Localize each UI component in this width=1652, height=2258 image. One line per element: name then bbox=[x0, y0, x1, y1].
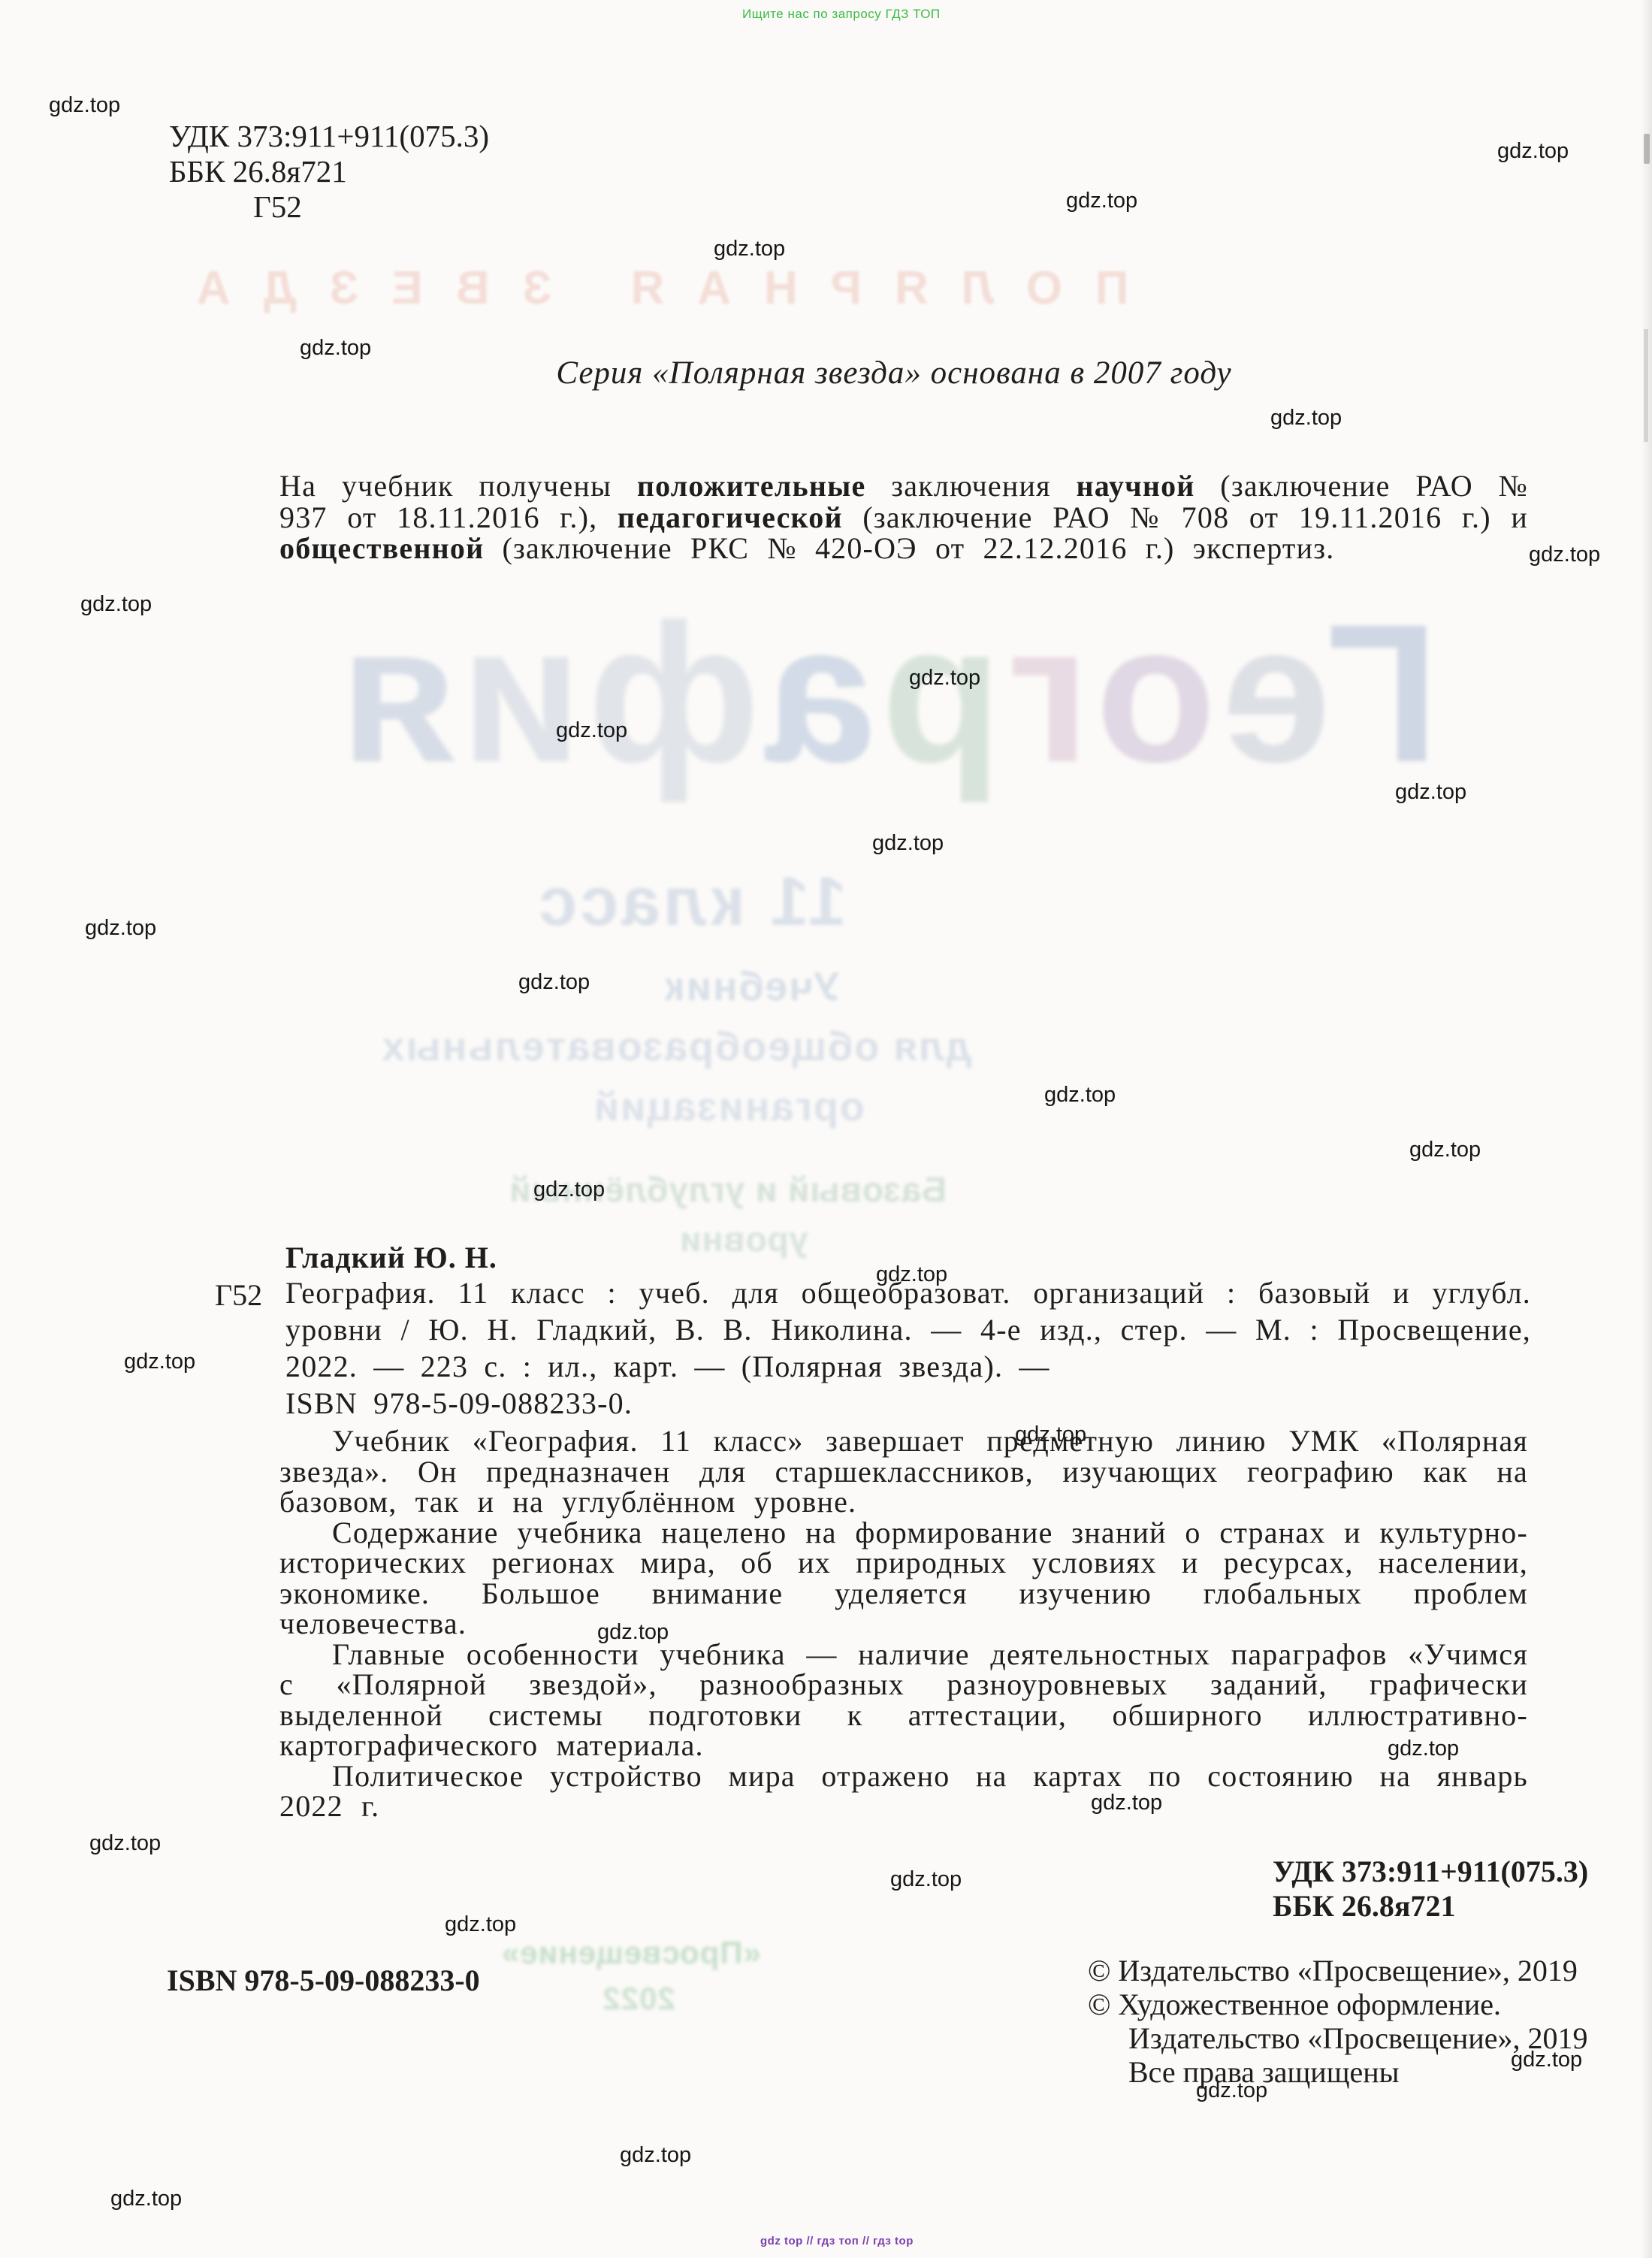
gdz-watermark: gdz.top bbox=[518, 970, 590, 995]
footer-bibliographic: УДК 373:911+911(075.3) ББК 26.8я721 bbox=[1273, 1854, 1588, 1924]
catalog-isbn-line: ISBN 978-5-09-088233-0. bbox=[285, 1385, 1531, 1422]
show-through-letter: р bbox=[875, 583, 1001, 803]
annotation-paragraph: Главные особенности учебника — наличие д… bbox=[279, 1640, 1528, 1761]
gdz-watermark: gdz.top bbox=[909, 666, 980, 691]
gdz-watermark: gdz.top bbox=[1529, 543, 1600, 567]
gdz-watermark: gdz.top bbox=[85, 916, 156, 941]
gdz-watermark: gdz.top bbox=[890, 1867, 962, 1892]
expertise-segment: (заключение РКС № 420-ОЭ от 22.12.2016 г… bbox=[484, 531, 1334, 565]
copyright-line: Издательство «Просвещение», 2019 bbox=[1128, 2021, 1587, 2055]
author-name: Гладкий Ю. Н. bbox=[285, 1240, 497, 1275]
annotation: Учебник «География. 11 класс» завершает … bbox=[279, 1426, 1528, 1822]
gdz-watermark: gdz.top bbox=[533, 1177, 605, 1202]
show-through-text: «Просвещение» bbox=[481, 1935, 781, 1971]
gdz-watermark: gdz.top bbox=[124, 1350, 195, 1374]
expertise-segment: научной bbox=[1076, 469, 1194, 503]
show-through-text: 11 класс bbox=[481, 863, 902, 942]
author-code: Г52 bbox=[253, 189, 489, 225]
catalog-code: Г52 bbox=[215, 1277, 262, 1313]
copyright-line: Все права защищены bbox=[1128, 2055, 1587, 2089]
annotation-paragraph: Учебник «География. 11 класс» завершает … bbox=[279, 1426, 1528, 1518]
gdz-watermark: gdz.top bbox=[110, 2187, 182, 2211]
gdz-watermark: gdz.top bbox=[620, 2143, 691, 2168]
expertise-segment: заключения bbox=[866, 469, 1077, 503]
expertise-segment: педагогической bbox=[618, 500, 843, 534]
show-through-letter: и bbox=[455, 583, 581, 803]
bibliographic-header: УДК 373:911+911(075.3) ББК 26.8я721 Г52 bbox=[169, 119, 489, 225]
copyright-line: © Художественное оформление. bbox=[1088, 1987, 1587, 2021]
gdz-watermark: gdz.top bbox=[89, 1831, 161, 1856]
copyright-line: © Издательство «Просвещение», 2019 bbox=[1088, 1954, 1587, 1987]
gdz-watermark: gdz.top bbox=[1395, 780, 1466, 805]
copyright-block: © Издательство «Просвещение», 2019© Худо… bbox=[1088, 1954, 1587, 2089]
bbk-line: ББК 26.8я721 bbox=[169, 154, 489, 189]
scanned-page: { "promo_top": "Ищите нас по запросу ГДЗ… bbox=[0, 0, 1652, 2258]
footer-bbk-line: ББК 26.8я721 bbox=[1273, 1889, 1588, 1924]
show-through-letter: я bbox=[334, 583, 455, 803]
gdz-watermark: gdz.top bbox=[80, 592, 152, 617]
show-through-letter: ф bbox=[581, 583, 760, 803]
show-through-letter: е bbox=[1216, 583, 1332, 803]
scan-artifact bbox=[1644, 134, 1650, 164]
expertise-paragraph: На учебник получены положительные заключ… bbox=[279, 470, 1528, 564]
annotation-paragraph: Политическое устройство мира отражено на… bbox=[279, 1761, 1528, 1822]
show-through-text: уровни bbox=[661, 1219, 826, 1259]
show-through-text: для общеобразовательных bbox=[346, 1023, 1007, 1070]
gdz-watermark: gdz.top bbox=[300, 336, 371, 361]
show-through-text: География bbox=[128, 580, 1645, 807]
show-through-text: ПОЛЯРНАЯ ЗВЕЗДА bbox=[45, 261, 1247, 315]
show-through-letter: Г bbox=[1331, 583, 1439, 803]
udk-line: УДК 373:911+911(075.3) bbox=[169, 119, 489, 154]
show-through-text: 2022 bbox=[578, 1981, 699, 2017]
footer-udk-line: УДК 373:911+911(075.3) bbox=[1273, 1854, 1588, 1889]
promo-banner: Ищите нас по запросу ГДЗ ТОП bbox=[742, 7, 941, 22]
expertise-segment: положительные bbox=[637, 469, 866, 503]
gdz-watermark: gdz.top bbox=[714, 237, 785, 261]
gdz-watermark: gdz.top bbox=[1270, 406, 1342, 431]
expertise-segment: (заключение РАО № 708 от 19.11.2016 г.) … bbox=[843, 500, 1528, 534]
gdz-watermark: gdz.top bbox=[872, 831, 944, 856]
gdz-watermark: gdz.top bbox=[1497, 139, 1569, 164]
gdz-watermark: gdz.top bbox=[445, 1912, 516, 1937]
gdz-watermark: gdz.top bbox=[49, 93, 120, 118]
scan-artifact bbox=[1644, 329, 1648, 442]
catalog-entry-text: География. 11 класс : учеб. для общеобра… bbox=[285, 1276, 1531, 1383]
catalog-entry: География. 11 класс : учеб. для общеобра… bbox=[285, 1274, 1531, 1422]
expertise-segment: На учебник получены bbox=[279, 469, 637, 503]
gdz-watermark: gdz.top bbox=[1066, 189, 1137, 213]
show-through-text: организаций bbox=[567, 1084, 890, 1130]
show-through-text: Учебник bbox=[616, 963, 886, 1010]
annotation-paragraph: Содержание учебника нацелено на формиров… bbox=[279, 1518, 1528, 1640]
series-note: Серия «Полярная звезда» основана в 2007 … bbox=[451, 355, 1337, 391]
gdz-watermark: gdz.top bbox=[1044, 1083, 1116, 1108]
show-through-letter: о bbox=[1090, 583, 1216, 803]
bottom-tag: gdz top // гдз топ // гдз top bbox=[760, 2235, 914, 2247]
expertise-segment: общественной bbox=[279, 531, 484, 565]
show-through-letter: г bbox=[1001, 583, 1089, 803]
show-through-letter: а bbox=[760, 583, 876, 803]
isbn: ISBN 978-5-09-088233-0 bbox=[167, 1963, 480, 1998]
gdz-watermark: gdz.top bbox=[556, 718, 627, 743]
gdz-watermark: gdz.top bbox=[1409, 1138, 1481, 1162]
